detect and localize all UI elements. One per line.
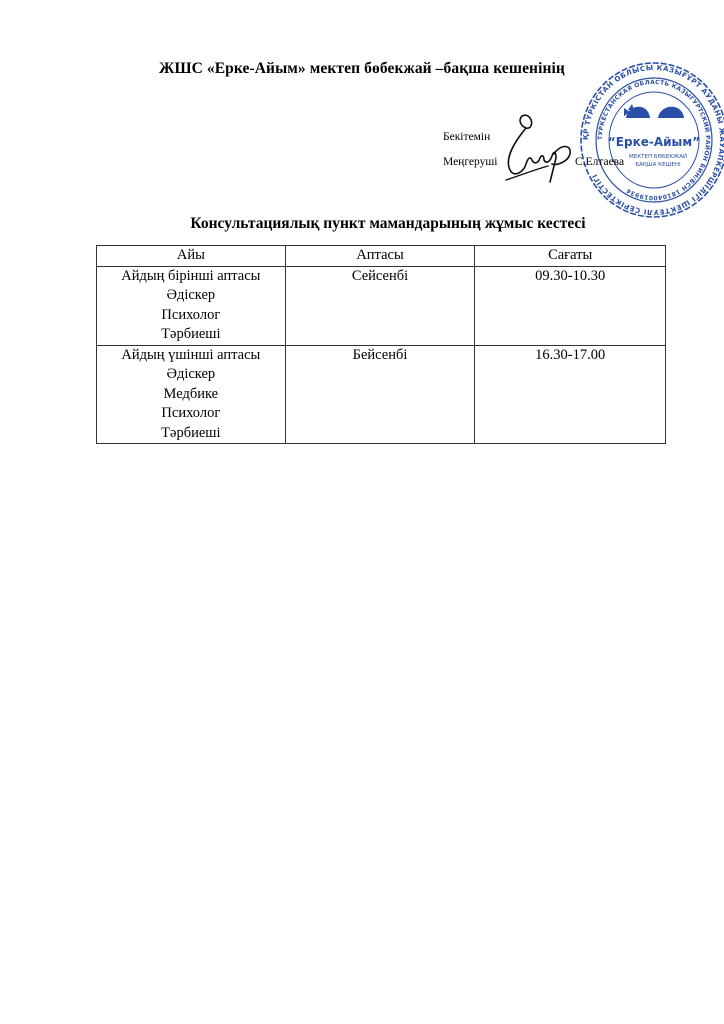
- specialist: Әдіскер: [99, 286, 283, 306]
- hours-cell: 16.30-17.00: [475, 345, 666, 444]
- specialist: Әдіскер: [99, 365, 283, 385]
- header-month: Айы: [97, 246, 286, 267]
- specialist: Психолог: [99, 404, 283, 424]
- organization-stamp: ҚР ТҮРКІСТАН ОБЛЫСЫ КАЗЫҒҰРТ АУДАНЫ ЖАУА…: [578, 60, 724, 220]
- month-title: Айдың үшінші аптасы: [99, 346, 283, 366]
- stamp-center-text: “Ерке-Айым”: [608, 135, 700, 149]
- month-cell: Айдың бірінші аптасы Әдіскер Психолог Тә…: [97, 266, 286, 345]
- table-row: Айдың үшінші аптасы Әдіскер Медбике Псих…: [97, 345, 666, 444]
- head-name: С.Елтаева: [575, 156, 624, 168]
- header-hours: Сағаты: [475, 246, 666, 267]
- month-cell: Айдың үшінші аптасы Әдіскер Медбике Псих…: [97, 345, 286, 444]
- head-label: Меңгеруші: [443, 156, 497, 168]
- specialist: Тәрбиеші: [99, 325, 283, 345]
- weekday-cell: Бейсенбі: [285, 345, 475, 444]
- specialist: Медбике: [99, 385, 283, 405]
- stamp-sub-text-2: БАҚША КЕШЕНІ: [635, 162, 681, 168]
- stamp-sub-text-1: МЕКТЕП БӨБЕКЖАЙ: [629, 153, 687, 160]
- hours-cell: 09.30-10.30: [475, 266, 666, 345]
- specialist: Тәрбиеші: [99, 424, 283, 444]
- schedule-table: Айы Аптасы Сағаты Айдың бірінші аптасы Ә…: [96, 245, 666, 444]
- approved-label: Бекітемін: [443, 131, 490, 143]
- table-row: Айдың бірінші аптасы Әдіскер Психолог Тә…: [97, 266, 666, 345]
- table-header-row: Айы Аптасы Сағаты: [97, 246, 666, 267]
- header-week: Аптасы: [285, 246, 475, 267]
- month-title: Айдың бірінші аптасы: [99, 267, 283, 287]
- specialist: Психолог: [99, 306, 283, 326]
- weekday-cell: Сейсенбі: [285, 266, 475, 345]
- signature-icon: [498, 110, 580, 192]
